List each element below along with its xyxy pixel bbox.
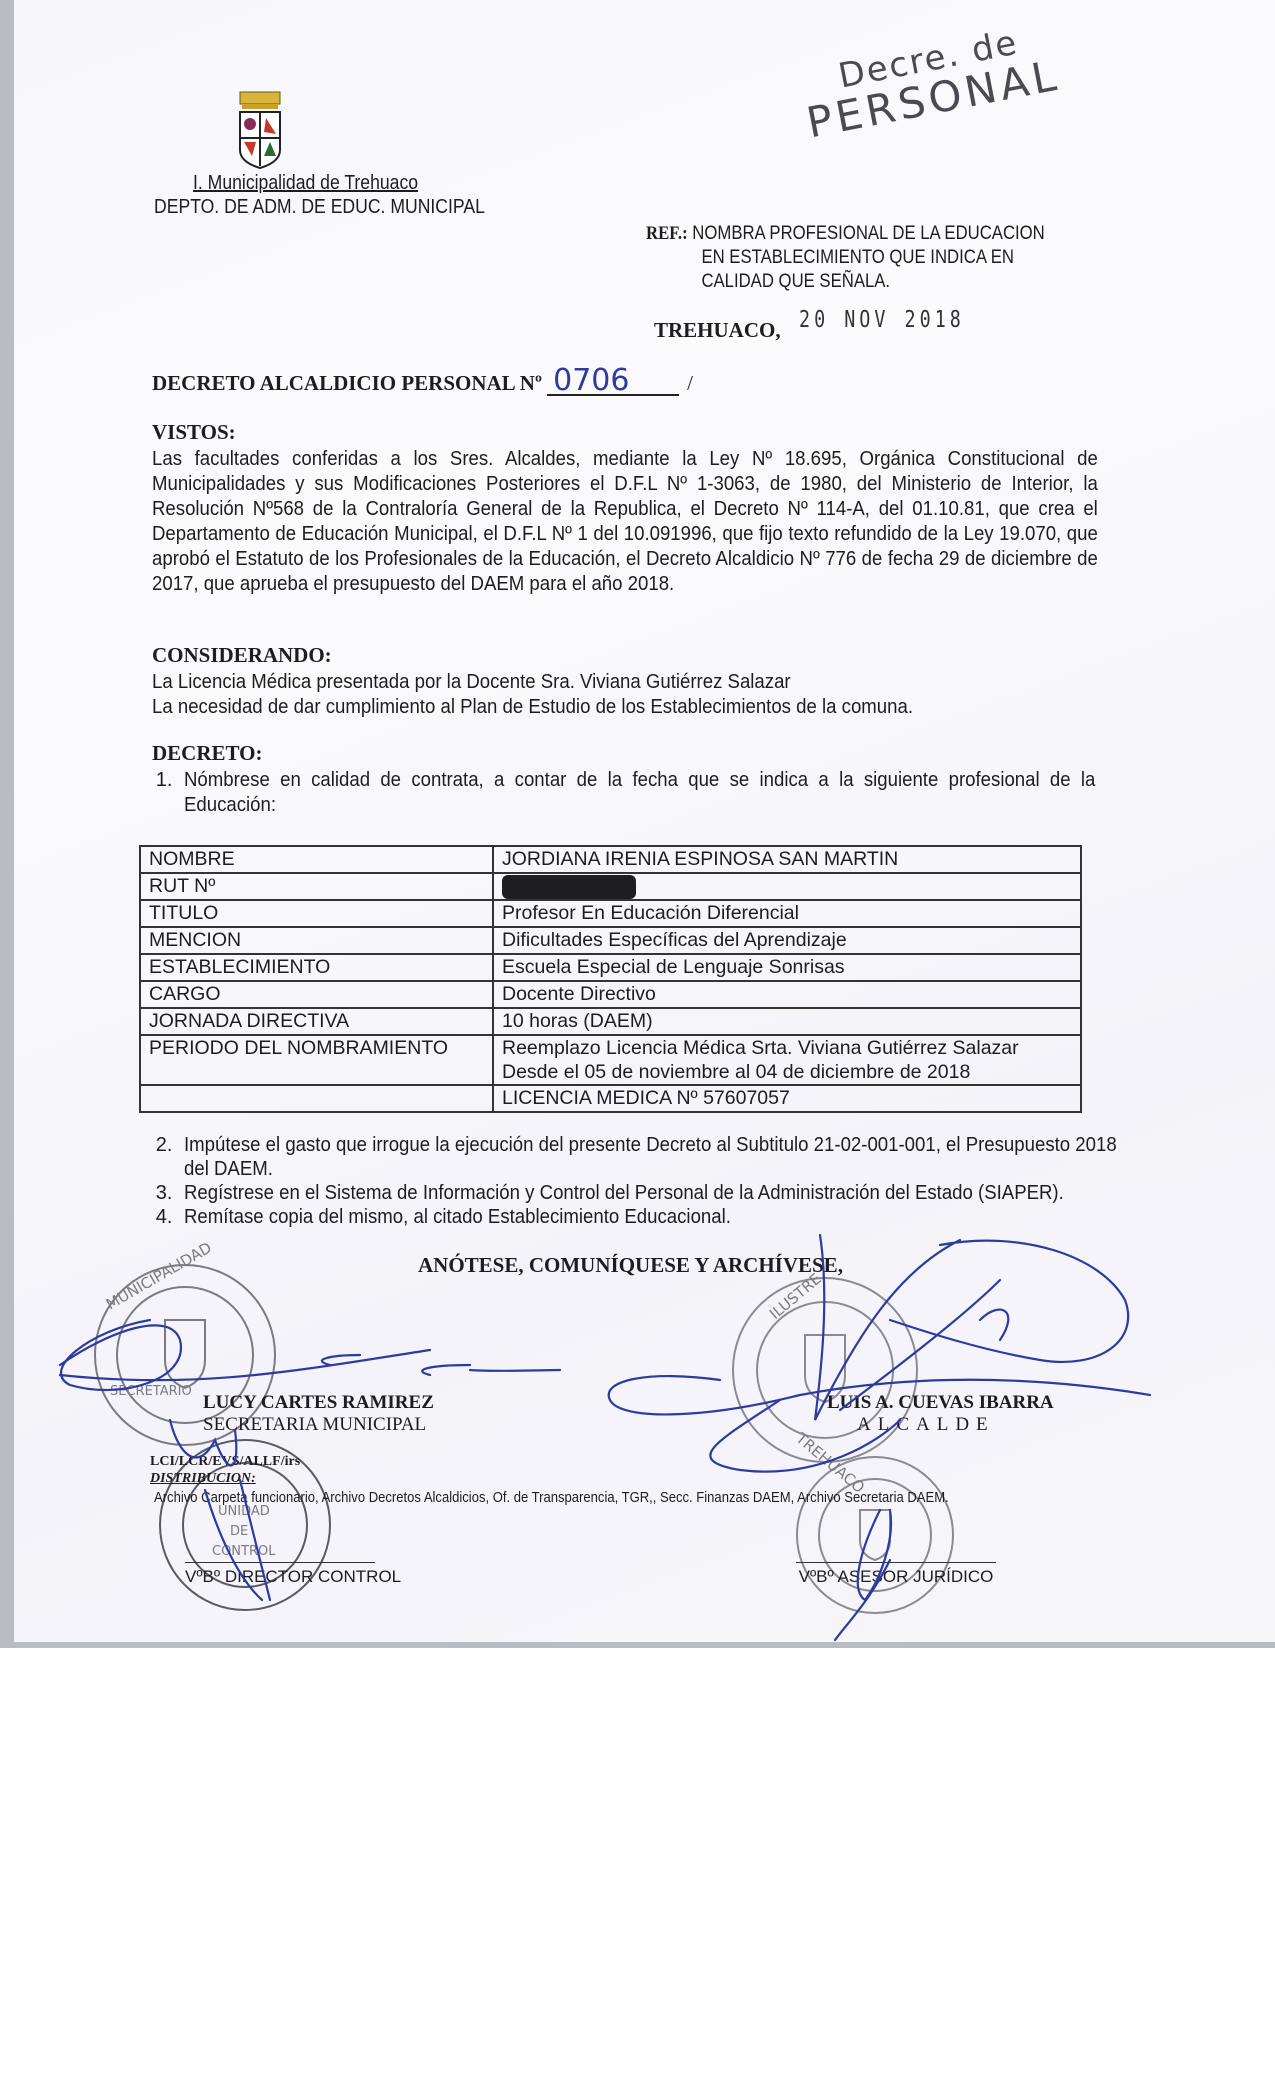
decree-title-text: DECRETO ALCALDICIO PERSONAL Nº <box>152 371 542 395</box>
vistos-text: Las facultades conferidas a los Sres. Al… <box>152 447 1098 597</box>
mayor-role: ALCALDE <box>827 1414 1054 1436</box>
decreto-section: DECRETO: Nómbrese en calidad de contrata… <box>152 741 1098 818</box>
table-value-redacted <box>493 873 1081 900</box>
municipal-coat-of-arms-icon <box>236 90 284 170</box>
municipality-name: I. Municipalidad de Trehuaco <box>193 172 418 195</box>
decreto-heading: DECRETO: <box>152 741 1098 766</box>
ref-label: REF.: <box>646 223 688 244</box>
table-value: 10 horas (DAEM) <box>493 1008 1081 1035</box>
decreto-item-4: Remítase copia del mismo, al citado Esta… <box>178 1205 1098 1229</box>
period-line-1: Reemplazo Licencia Médica Srta. Viviana … <box>502 1036 1072 1060</box>
vb-asesor-juridico: VºBº ASESOR JURÍDICO <box>796 1562 996 1587</box>
table-key: PERIODO DEL NOMBRAMIENTO <box>140 1035 493 1085</box>
table-key: JORNADA DIRECTIVA <box>140 1008 493 1035</box>
distribution-list: Archivo Carpeta funcionario, Archivo Dec… <box>154 1490 949 1506</box>
table-row: MENCIONDificultades Específicas del Apre… <box>140 927 1081 954</box>
initials: LCI/LCR/EVS/ALLF/irs <box>150 1453 300 1470</box>
table-key: MENCION <box>140 927 493 954</box>
initials-block: LCI/LCR/EVS/ALLF/irs DISTRIBUCION: <box>150 1453 300 1487</box>
table-value: Docente Directivo <box>493 981 1081 1008</box>
table-row: ESTABLECIMIENTOEscuela Especial de Lengu… <box>140 954 1081 981</box>
secretary-role: SECRETARIA MUNICIPAL <box>203 1414 434 1436</box>
date-stamp: 20 NOV 2018 <box>799 307 965 333</box>
appointment-table: NOMBREJORDIANA IRENIA ESPINOSA SAN MARTI… <box>139 845 1082 1113</box>
decree-title: DECRETO ALCALDICIO PERSONAL Nº 0706/ <box>152 368 693 396</box>
table-value: JORDIANA IRENIA ESPINOSA SAN MARTIN <box>493 846 1081 873</box>
table-row: LICENCIA MEDICA Nº 57607057 <box>140 1085 1081 1112</box>
decree-number: 0706 <box>547 368 679 396</box>
decreto-item-1: Nómbrese en calidad de contrata, a conta… <box>178 768 1098 818</box>
table-row: TITULOProfesor En Educación Diferencial <box>140 900 1081 927</box>
table-value: LICENCIA MEDICA Nº 57607057 <box>493 1085 1081 1112</box>
table-row: CARGODocente Directivo <box>140 981 1081 1008</box>
mayor-name: LUIS A. CUEVAS IBARRA <box>827 1392 1054 1414</box>
decreto-item-2-text: Impútese el gasto que irrogue la ejecuci… <box>184 1133 1128 1181</box>
decree-slash: / <box>687 371 693 395</box>
decreto-items: Nómbrese en calidad de contrata, a conta… <box>152 768 1098 818</box>
vistos-section: VISTOS: Las facultades conferidas a los … <box>152 420 1098 597</box>
table-row: NOMBREJORDIANA IRENIA ESPINOSA SAN MARTI… <box>140 846 1081 873</box>
decreto-items-continued: Impútese el gasto que irrogue la ejecuci… <box>152 1133 1098 1229</box>
decreto-item-3-text: Regístrese en el Sistema de Información … <box>184 1181 1128 1205</box>
reference-block: REF.: NOMBRA PROFESIONAL DE LA EDUCACION… <box>646 222 1045 294</box>
table-key <box>140 1085 493 1112</box>
table-row: PERIODO DEL NOMBRAMIENTOReemplazo Licenc… <box>140 1035 1081 1085</box>
decreto-items-list: Impútese el gasto que irrogue la ejecuci… <box>152 1133 1098 1229</box>
considerando-line-2: La necesidad de dar cumplimiento al Plan… <box>152 695 1032 720</box>
table-value: Dificultades Específicas del Aprendizaje <box>493 927 1081 954</box>
secretary-name: LUCY CARTES RAMIREZ <box>203 1392 434 1414</box>
table-row: JORNADA DIRECTIVA10 horas (DAEM) <box>140 1008 1081 1035</box>
vistos-heading: VISTOS: <box>152 420 1098 445</box>
decreto-item-4-text: Remítase copia del mismo, al citado Esta… <box>184 1205 1128 1229</box>
place-label: TREHUACO, <box>654 318 781 343</box>
decreto-item-3: Regístrese en el Sistema de Información … <box>178 1181 1098 1205</box>
table-value: Profesor En Educación Diferencial <box>493 900 1081 927</box>
distribution-label: DISTRIBUCION: <box>150 1470 300 1487</box>
considerando-heading: CONSIDERANDO: <box>152 643 1098 668</box>
department-name: DEPTO. DE ADM. DE EDUC. MUNICIPAL <box>154 196 485 219</box>
ref-line-3: CALIDAD QUE SEÑALA. <box>646 270 1045 294</box>
vb-director-control: VºBº DIRECTOR CONTROL <box>185 1562 375 1587</box>
ref-line-2: EN ESTABLECIMIENTO QUE INDICA EN <box>646 246 1045 270</box>
closing-formula: ANÓTESE, COMUNÍQUESE Y ARCHÍVESE, <box>418 1253 843 1278</box>
table-key: CARGO <box>140 981 493 1008</box>
decreto-item-1-text: Nómbrese en calidad de contrata, a conta… <box>184 768 1095 818</box>
table-value: Reemplazo Licencia Médica Srta. Viviana … <box>493 1035 1081 1085</box>
table-key: TITULO <box>140 900 493 927</box>
mayor-signature-block: LUIS A. CUEVAS IBARRA ALCALDE <box>827 1392 1054 1436</box>
ref-line-1: NOMBRA PROFESIONAL DE LA EDUCACION <box>692 223 1044 244</box>
table-row: RUT Nº <box>140 873 1081 900</box>
considerando-section: CONSIDERANDO: La Licencia Médica present… <box>152 643 1098 720</box>
table-value: Escuela Especial de Lenguaje Sonrisas <box>493 954 1081 981</box>
table-key: NOMBRE <box>140 846 493 873</box>
table-key: ESTABLECIMIENTO <box>140 954 493 981</box>
redaction-bar <box>502 875 636 899</box>
period-line-2: Desde el 05 de noviembre al 04 de diciem… <box>502 1060 1072 1084</box>
table-key: RUT Nº <box>140 873 493 900</box>
secretary-signature-block: LUCY CARTES RAMIREZ SECRETARIA MUNICIPAL <box>203 1392 434 1436</box>
decreto-item-2: Impútese el gasto que irrogue la ejecuci… <box>178 1133 1098 1181</box>
considerando-line-1: La Licencia Médica presentada por la Doc… <box>152 670 1032 695</box>
